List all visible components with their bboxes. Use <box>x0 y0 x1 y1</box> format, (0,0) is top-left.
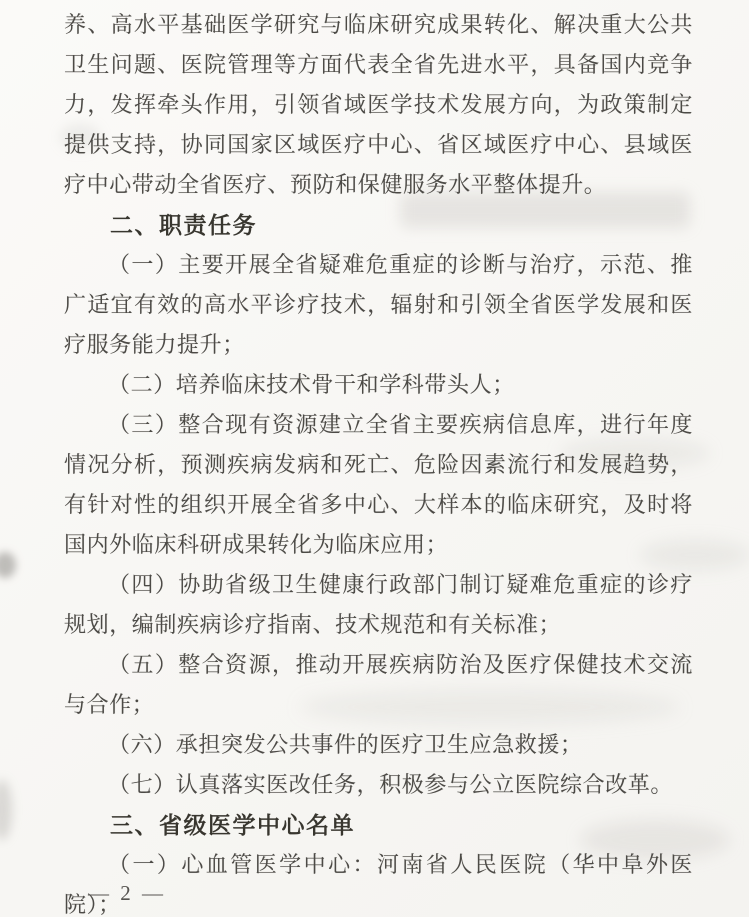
duty-item-5: （五）整合资源，推动开展疾病防治及医疗保健技术交流与合作； <box>64 645 693 725</box>
duty-item-4: （四）协助省级卫生健康行政部门制订疑难危重症的诊疗规划，编制疾病诊疗指南、技术规… <box>64 565 693 645</box>
duty-item-3: （三）整合现有资源建立全省主要疾病信息库，进行年度情况分析，预测疾病发病和死亡、… <box>64 405 693 565</box>
duty-item-6: （六）承担突发公共事件的医疗卫生应急救援； <box>64 725 693 765</box>
page-number: — 2 — <box>88 881 166 906</box>
document-body: 养、高水平基础医学研究与临床研究成果转化、解决重大公共卫生问题、医院管理等方面代… <box>0 0 749 917</box>
section-heading-duties: 二、职责任务 <box>64 205 693 245</box>
section-heading-center-list: 三、省级医学中心名单 <box>64 805 693 845</box>
duty-item-1: （一）主要开展全省疑难危重症的诊断与治疗，示范、推广适宜有效的高水平诊疗技术，辐… <box>64 245 693 365</box>
duty-item-2: （二）培养临床技术骨干和学科带头人； <box>64 365 693 405</box>
duty-item-7: （七）认真落实医改任务，积极参与公立医院综合改革。 <box>64 765 693 805</box>
intro-continuation-paragraph: 养、高水平基础医学研究与临床研究成果转化、解决重大公共卫生问题、医院管理等方面代… <box>64 5 693 205</box>
scanned-document-page: 养、高水平基础医学研究与临床研究成果转化、解决重大公共卫生问题、医院管理等方面代… <box>0 0 749 917</box>
